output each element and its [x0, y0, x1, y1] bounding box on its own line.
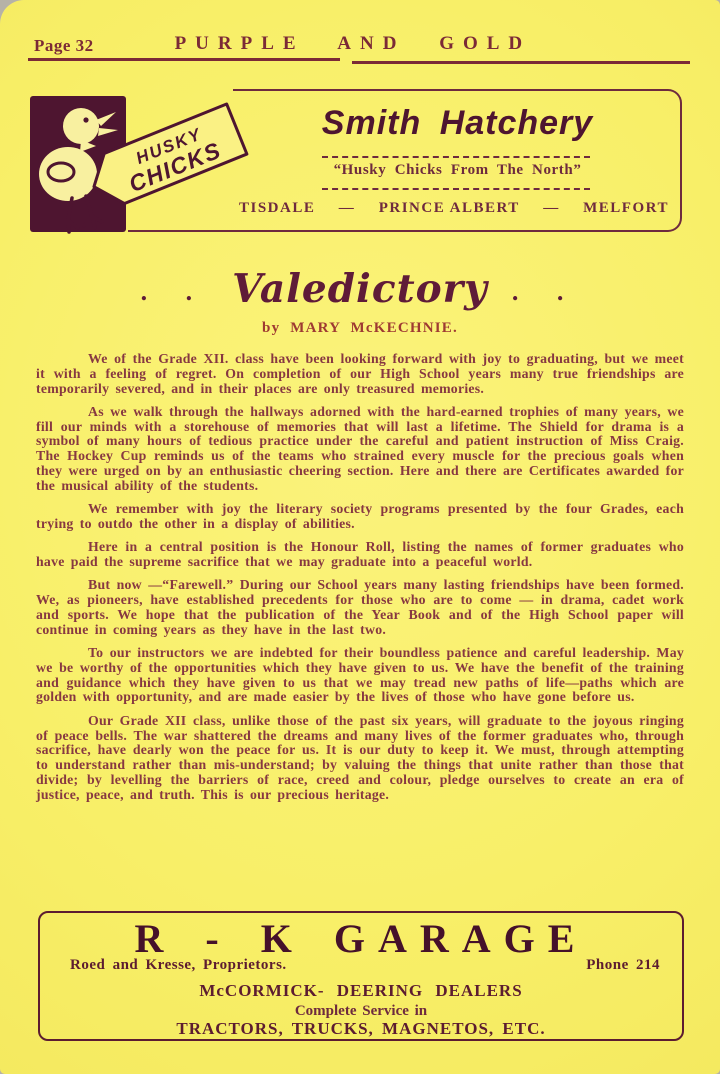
location-dash-2: — [543, 200, 560, 217]
garage-phone: Phone 214 [586, 957, 660, 974]
hatchery-locations: TISDALE — PRINCE ALBERT — MELFORT [239, 200, 669, 217]
hatchery-name: Smith Hatchery [233, 104, 682, 143]
journal-title: PURPLE AND GOLD [175, 33, 532, 55]
garage-proprietor-row: Roed and Kresse, Proprietors. Phone 214 [70, 957, 660, 974]
location-tisdale: TISDALE [239, 200, 315, 217]
title-dots-left: . . [141, 271, 209, 307]
hatchery-tagline: “Husky Chicks From The North” [233, 162, 682, 179]
garage-name: R - K GARAGE [38, 915, 684, 962]
paragraph: To our instructors we are indebted for t… [36, 646, 684, 705]
paragraph: As we walk through the hallways adorned … [36, 405, 684, 494]
garage-service-line2: TRACTORS, TRUCKS, MAGNETOS, ETC. [38, 1019, 684, 1039]
article-byline: by MARY McKECHNIE. [0, 320, 720, 337]
husky-chicks-logo: HUSKY CHICKS [28, 90, 258, 240]
article-title-text: Valedictory [232, 266, 488, 312]
location-melfort: MELFORT [583, 200, 669, 217]
hatchery-dashed-rule-bottom [322, 188, 590, 190]
paragraph: We of the Grade XII. class have been loo… [36, 352, 684, 396]
header-rule-left [28, 58, 340, 61]
garage-service-line1: Complete Service in [38, 1003, 684, 1020]
paragraph: Our Grade XII class, unlike those of the… [36, 714, 684, 803]
scanned-yearbook-page: Page 32 PURPLE AND GOLD [0, 0, 720, 1074]
header-rule-right [352, 61, 690, 64]
title-dots-right: . . [512, 271, 580, 307]
paragraph: But now —“Farewell.” During our School y… [36, 578, 684, 637]
location-dash-1: — [339, 200, 356, 217]
garage-proprietors: Roed and Kresse, Proprietors. [70, 957, 287, 974]
location-prince-albert: PRINCE ALBERT [379, 200, 520, 217]
garage-dealers: McCORMICK- DEERING DEALERS [38, 981, 684, 1001]
paper-background: Page 32 PURPLE AND GOLD [0, 0, 720, 1074]
hatchery-dashed-rule-top [322, 156, 590, 158]
paragraph: We remember with joy the literary societ… [36, 502, 684, 532]
article-body: We of the Grade XII. class have been loo… [36, 352, 684, 811]
paragraph: Here in a central position is the Honour… [36, 540, 684, 570]
page-number: Page 32 [34, 36, 94, 56]
article-title: . . Valedictory . . [0, 266, 720, 312]
